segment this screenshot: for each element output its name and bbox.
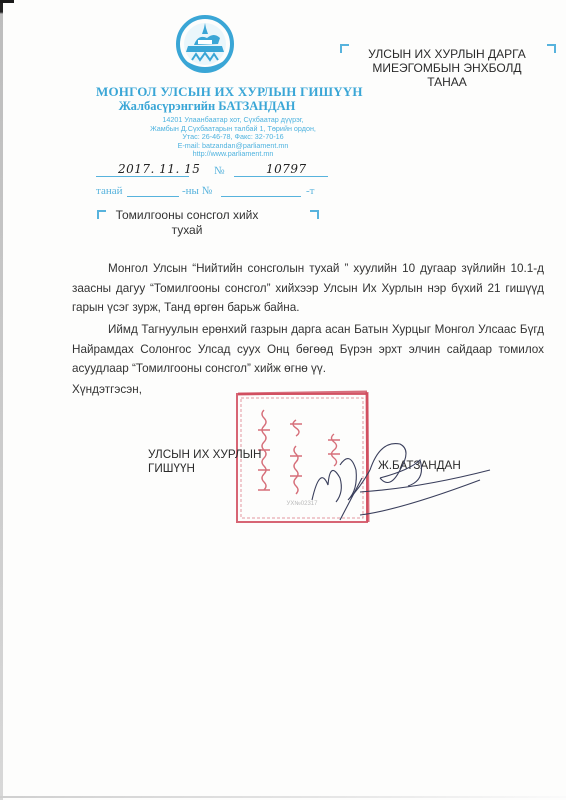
reply-prefix: танай [96, 185, 122, 197]
signatory-title-line: ГИШҮҮН [148, 462, 261, 476]
subject-line: Томилгооны сонсгол хийх [112, 208, 262, 223]
subject-line: тухай [112, 223, 262, 238]
reply-mid: -ны № [182, 185, 212, 197]
member-name: Жалбасүрэнгийн БАТЗАНДАН [96, 99, 318, 114]
number-underline [234, 176, 328, 177]
subject-bracket-right [310, 210, 319, 219]
addressee-title: УЛСЫН ИХ ХУРЛЫН ДАРГА [352, 47, 542, 61]
body-paragraph-2: Иймд Тагнуулын ерөнхий газрын дарга асан… [72, 320, 544, 379]
closing-salutation: Хүндэтгэсэн, [72, 383, 142, 396]
reply-date-underline [127, 196, 179, 197]
number-sign: № [214, 165, 225, 177]
registration-row: 2017. 11. 15 № 10797 [96, 162, 318, 178]
reply-number-underline [221, 196, 301, 197]
page-bottom-edge [0, 796, 566, 798]
date-underline [96, 176, 189, 177]
signatory-title-line: УЛСЫН ИХ ХУРЛЫН [148, 448, 261, 462]
addressee-name: МИЕЭГОМБЫН ЭНХБОЛД ТАНАА [352, 61, 542, 89]
page-left-edge [0, 0, 3, 800]
reply-reference-row: танай -ны № -т [96, 185, 318, 199]
handwritten-signature [300, 430, 500, 525]
addressee-bracket-left [340, 44, 349, 53]
body-paragraph-1: Монгол Улсын “Нийтийн сонсголын тухай ” … [72, 259, 544, 318]
subject-heading: Томилгооны сонсгол хийх тухай [112, 208, 262, 238]
state-emblem-icon [174, 14, 236, 78]
contact-address: 14201 Улаанбаатар хот, Сүхбаатар дүүрэг,… [128, 116, 338, 159]
page-top-edge [0, 0, 14, 3]
addressee-bracket-right [547, 44, 556, 53]
organization-title: МОНГОЛ УЛСЫН ИХ ХУРЛЫН ГИШҮҮН [96, 84, 318, 100]
handwritten-date: 2017. 11. 15 [118, 162, 200, 176]
reply-suffix: -т [306, 185, 314, 197]
handwritten-number: 10797 [266, 162, 307, 176]
signatory-title: УЛСЫН ИХ ХУРЛЫН ГИШҮҮН [148, 448, 261, 476]
addressee-block: УЛСЫН ИХ ХУРЛЫН ДАРГА МИЕЭГОМБЫН ЭНХБОЛД… [352, 47, 542, 89]
website-line: http://www.parliament.mn [128, 150, 338, 159]
subject-bracket-left [97, 210, 106, 219]
